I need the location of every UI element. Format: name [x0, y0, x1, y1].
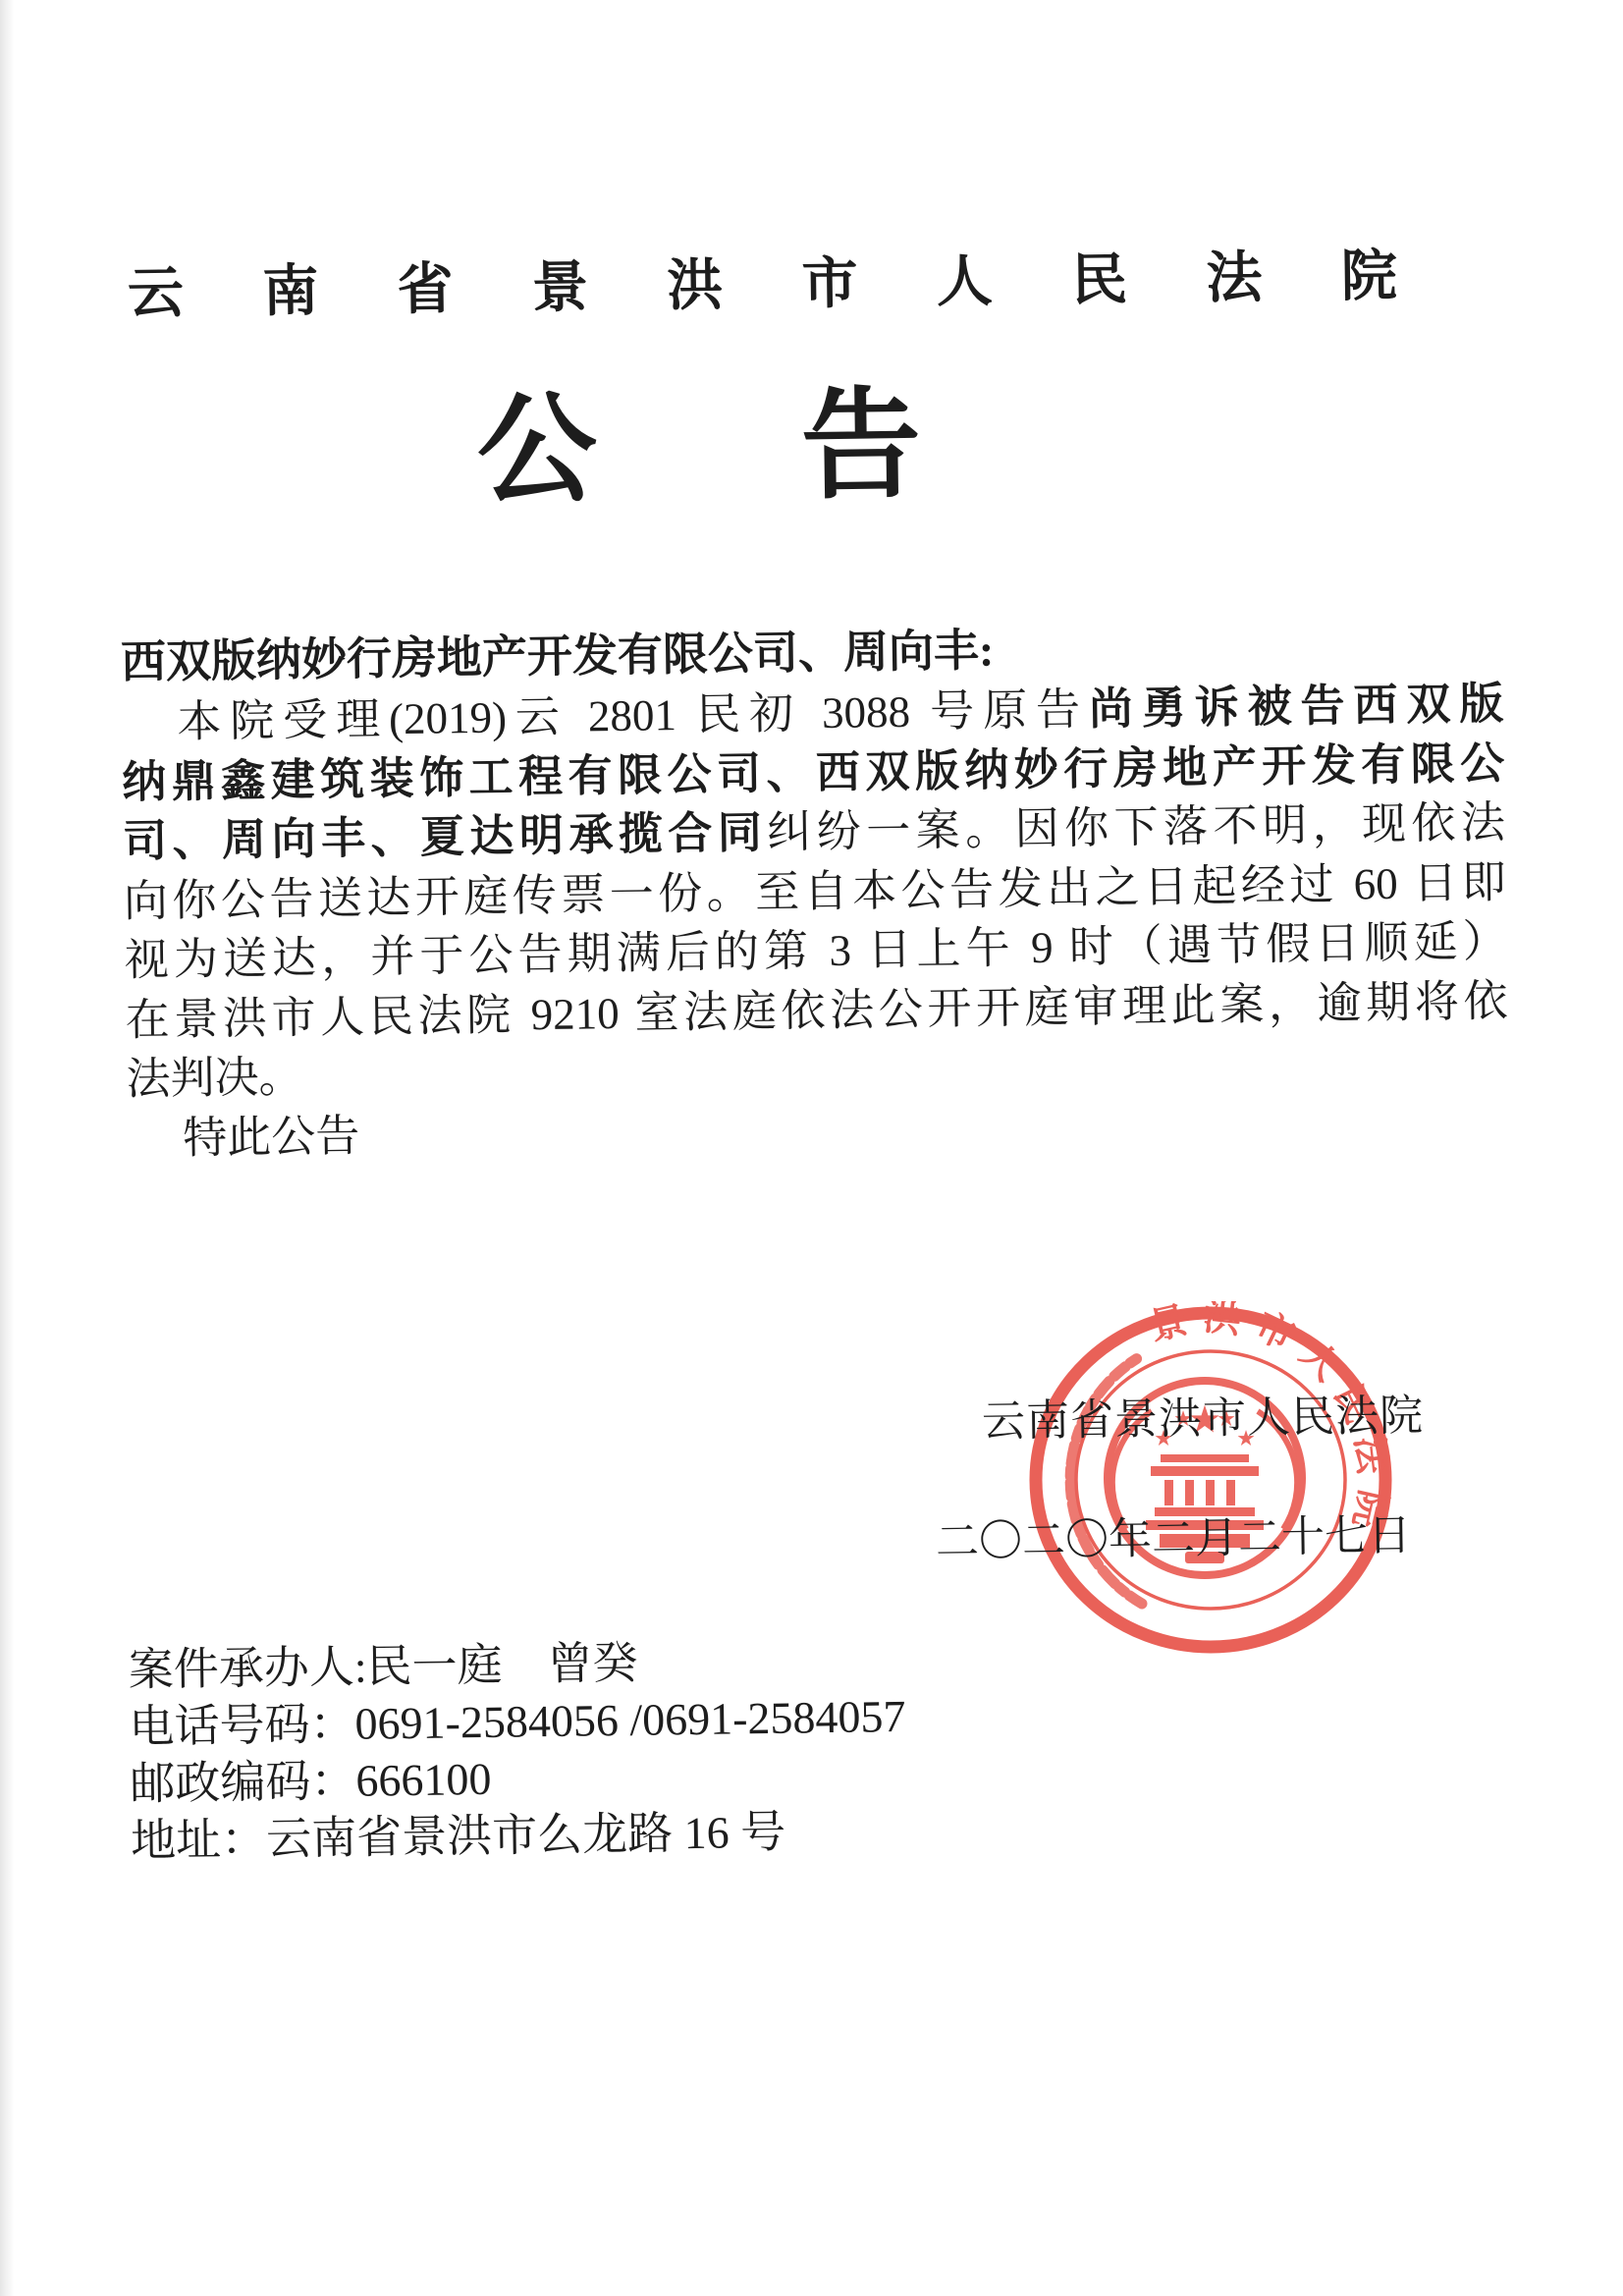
- contact-block: 案件承办人:民一庭 曾癸电话号码：0691-2584056 /0691-2584…: [128, 1631, 907, 1870]
- court-header: 云南省景洪市人民法院: [128, 246, 1398, 326]
- doc-title: 公告: [476, 383, 922, 517]
- court-header-char: 人: [936, 251, 993, 315]
- body-paragraph: 本院受理(2019)云 2801 民初 3088 号原告尚勇诉被告西双版纳鼎鑫建…: [121, 674, 1510, 1169]
- court-header-char: 云: [128, 262, 185, 326]
- body-text: 本院受理(2019)云 2801 民初 3088 号原告: [177, 684, 1089, 746]
- contact-value: 民一庭 曾癸: [366, 1638, 638, 1692]
- court-header-char: 民: [1071, 249, 1128, 313]
- body-text: 纠纷一案。因你下落不明，现依法: [767, 797, 1505, 856]
- contact-row: 地址：云南省景洪市么龙路 16 号: [131, 1802, 908, 1870]
- court-header-char: 景: [531, 256, 588, 320]
- party-name-bold-text: 司、周向丰、夏达明承揽合同: [123, 808, 768, 866]
- body-text: 特此公告: [183, 1111, 360, 1163]
- signature-court-name: 云南省景洪市人民法院: [982, 1391, 1425, 1448]
- contact-label: 邮政编码：: [130, 1756, 356, 1809]
- contact-label: 地址：: [131, 1814, 267, 1866]
- doc-title-char: 告: [800, 383, 922, 513]
- court-header-char: 院: [1340, 246, 1397, 309]
- court-header-char: 省: [397, 258, 454, 322]
- party-name-bold-text: 尚勇诉被告西双版: [1089, 679, 1504, 734]
- doc-title-char: 公: [476, 387, 598, 517]
- signature-date: 二〇二〇年二月二十七日: [936, 1510, 1412, 1568]
- court-header-char: 市: [801, 253, 858, 317]
- body-text: 法判决。: [126, 1052, 303, 1104]
- contact-row: 电话号码：0691-2584056 /0691-2584057: [129, 1688, 906, 1756]
- announcement-page: 云南省景洪市人民法院 公告 西双版纳妙行房地产开发有限公司、周向丰: 本院受理(…: [0, 0, 1623, 2296]
- contact-value: 0691-2584056 /0691-2584057: [354, 1691, 906, 1749]
- court-header-char: 南: [262, 260, 319, 324]
- court-header-char: 洪: [667, 255, 724, 319]
- court-header-char: 法: [1206, 247, 1263, 311]
- contact-label: 案件承办人:: [128, 1642, 366, 1695]
- contact-label: 电话号码：: [129, 1699, 355, 1752]
- official-court-seal: ★ ★ ★ ★ ★ 景洪市人民法院: [1024, 1301, 1397, 1659]
- contact-value: 666100: [355, 1754, 492, 1806]
- contact-value: 云南省景洪市么龙路 16 号: [266, 1807, 786, 1864]
